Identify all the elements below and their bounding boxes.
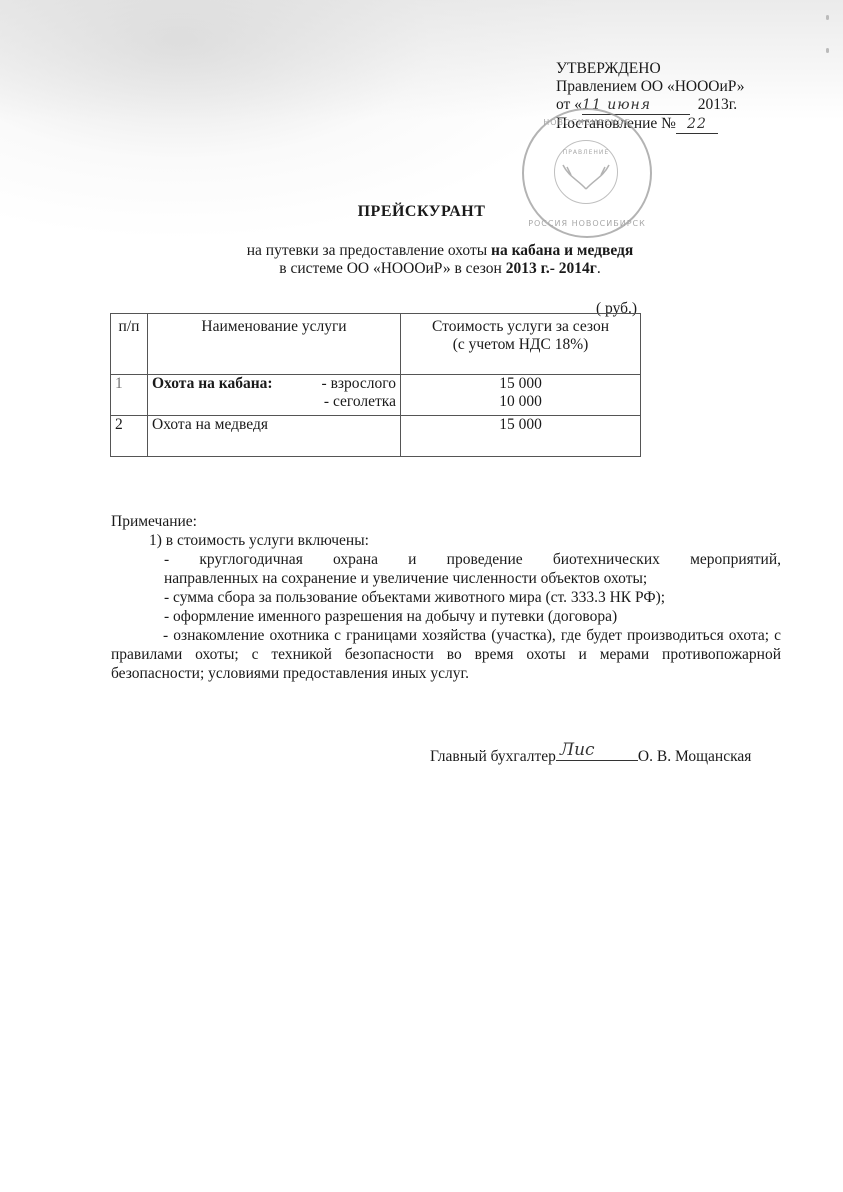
stamp-outer-text: НОВОСИБИРСКОЕ [524, 118, 650, 127]
notes-item-1: 1) в стоимость услуги включены: [111, 531, 781, 550]
document-subtitle: на путевки за предоставление охоты на ка… [0, 242, 843, 278]
stamp-inner-ring: ПРАВЛЕНИЕ [554, 140, 618, 204]
antlers-icon [555, 157, 617, 197]
notes-bullet: - оформление именного разрешения на добы… [111, 607, 781, 626]
notes-bullet: - круглогодичная охрана и проведение био… [111, 550, 781, 569]
notes-heading: Примечание: [111, 512, 781, 531]
signer-title: Главный бухгалтер [430, 748, 556, 765]
signer-name: О. В. Мощанская [638, 748, 751, 765]
price-value: 15 000 [405, 375, 636, 393]
handwritten-resolution-number: 22 [676, 115, 718, 134]
price-table: п/п Наименование услуги Стоимость услуги… [110, 313, 641, 457]
header-name: Наименование услуги [148, 314, 401, 375]
handwritten-signature: Лис [560, 740, 595, 760]
signature-line: Лис [556, 746, 638, 761]
table-header-row: п/п Наименование услуги Стоимость услуги… [111, 314, 641, 375]
notes-bullet: - сумма сбора за пользование объектами ж… [111, 588, 781, 607]
service-name: Охота на кабана: [152, 375, 273, 393]
scan-speck [826, 48, 829, 53]
table-row: 2 Охота на медведя 15 000 [111, 416, 641, 457]
approval-heading: УТВЕРЖДЕНО [556, 60, 745, 78]
header-price: Стоимость услуги за сезон (с учетом НДС … [401, 314, 641, 375]
notes-bullet: направленных на сохранение и увеличение … [111, 569, 781, 588]
price-value: 10 000 [405, 393, 636, 411]
approval-by: Правлением ОО «НОООиР» [556, 78, 745, 96]
header-num: п/п [111, 314, 148, 375]
scan-speck [826, 15, 829, 20]
notes-section: Примечание: 1) в стоимость услуги включе… [111, 512, 781, 683]
table-row: 1 Охота на кабана:- взрослого - сеголетк… [111, 375, 641, 416]
signature-block: Главный бухгалтерЛисО. В. Мощанская [430, 746, 751, 766]
notes-bullet: - ознакомление охотника с границами хозя… [111, 626, 781, 683]
price-value: 15 000 [401, 416, 641, 457]
stamp-center-text: ПРАВЛЕНИЕ [555, 149, 617, 156]
document-title: ПРЕЙСКУРАНТ [0, 203, 843, 221]
service-name: Охота на медведя [148, 416, 401, 457]
